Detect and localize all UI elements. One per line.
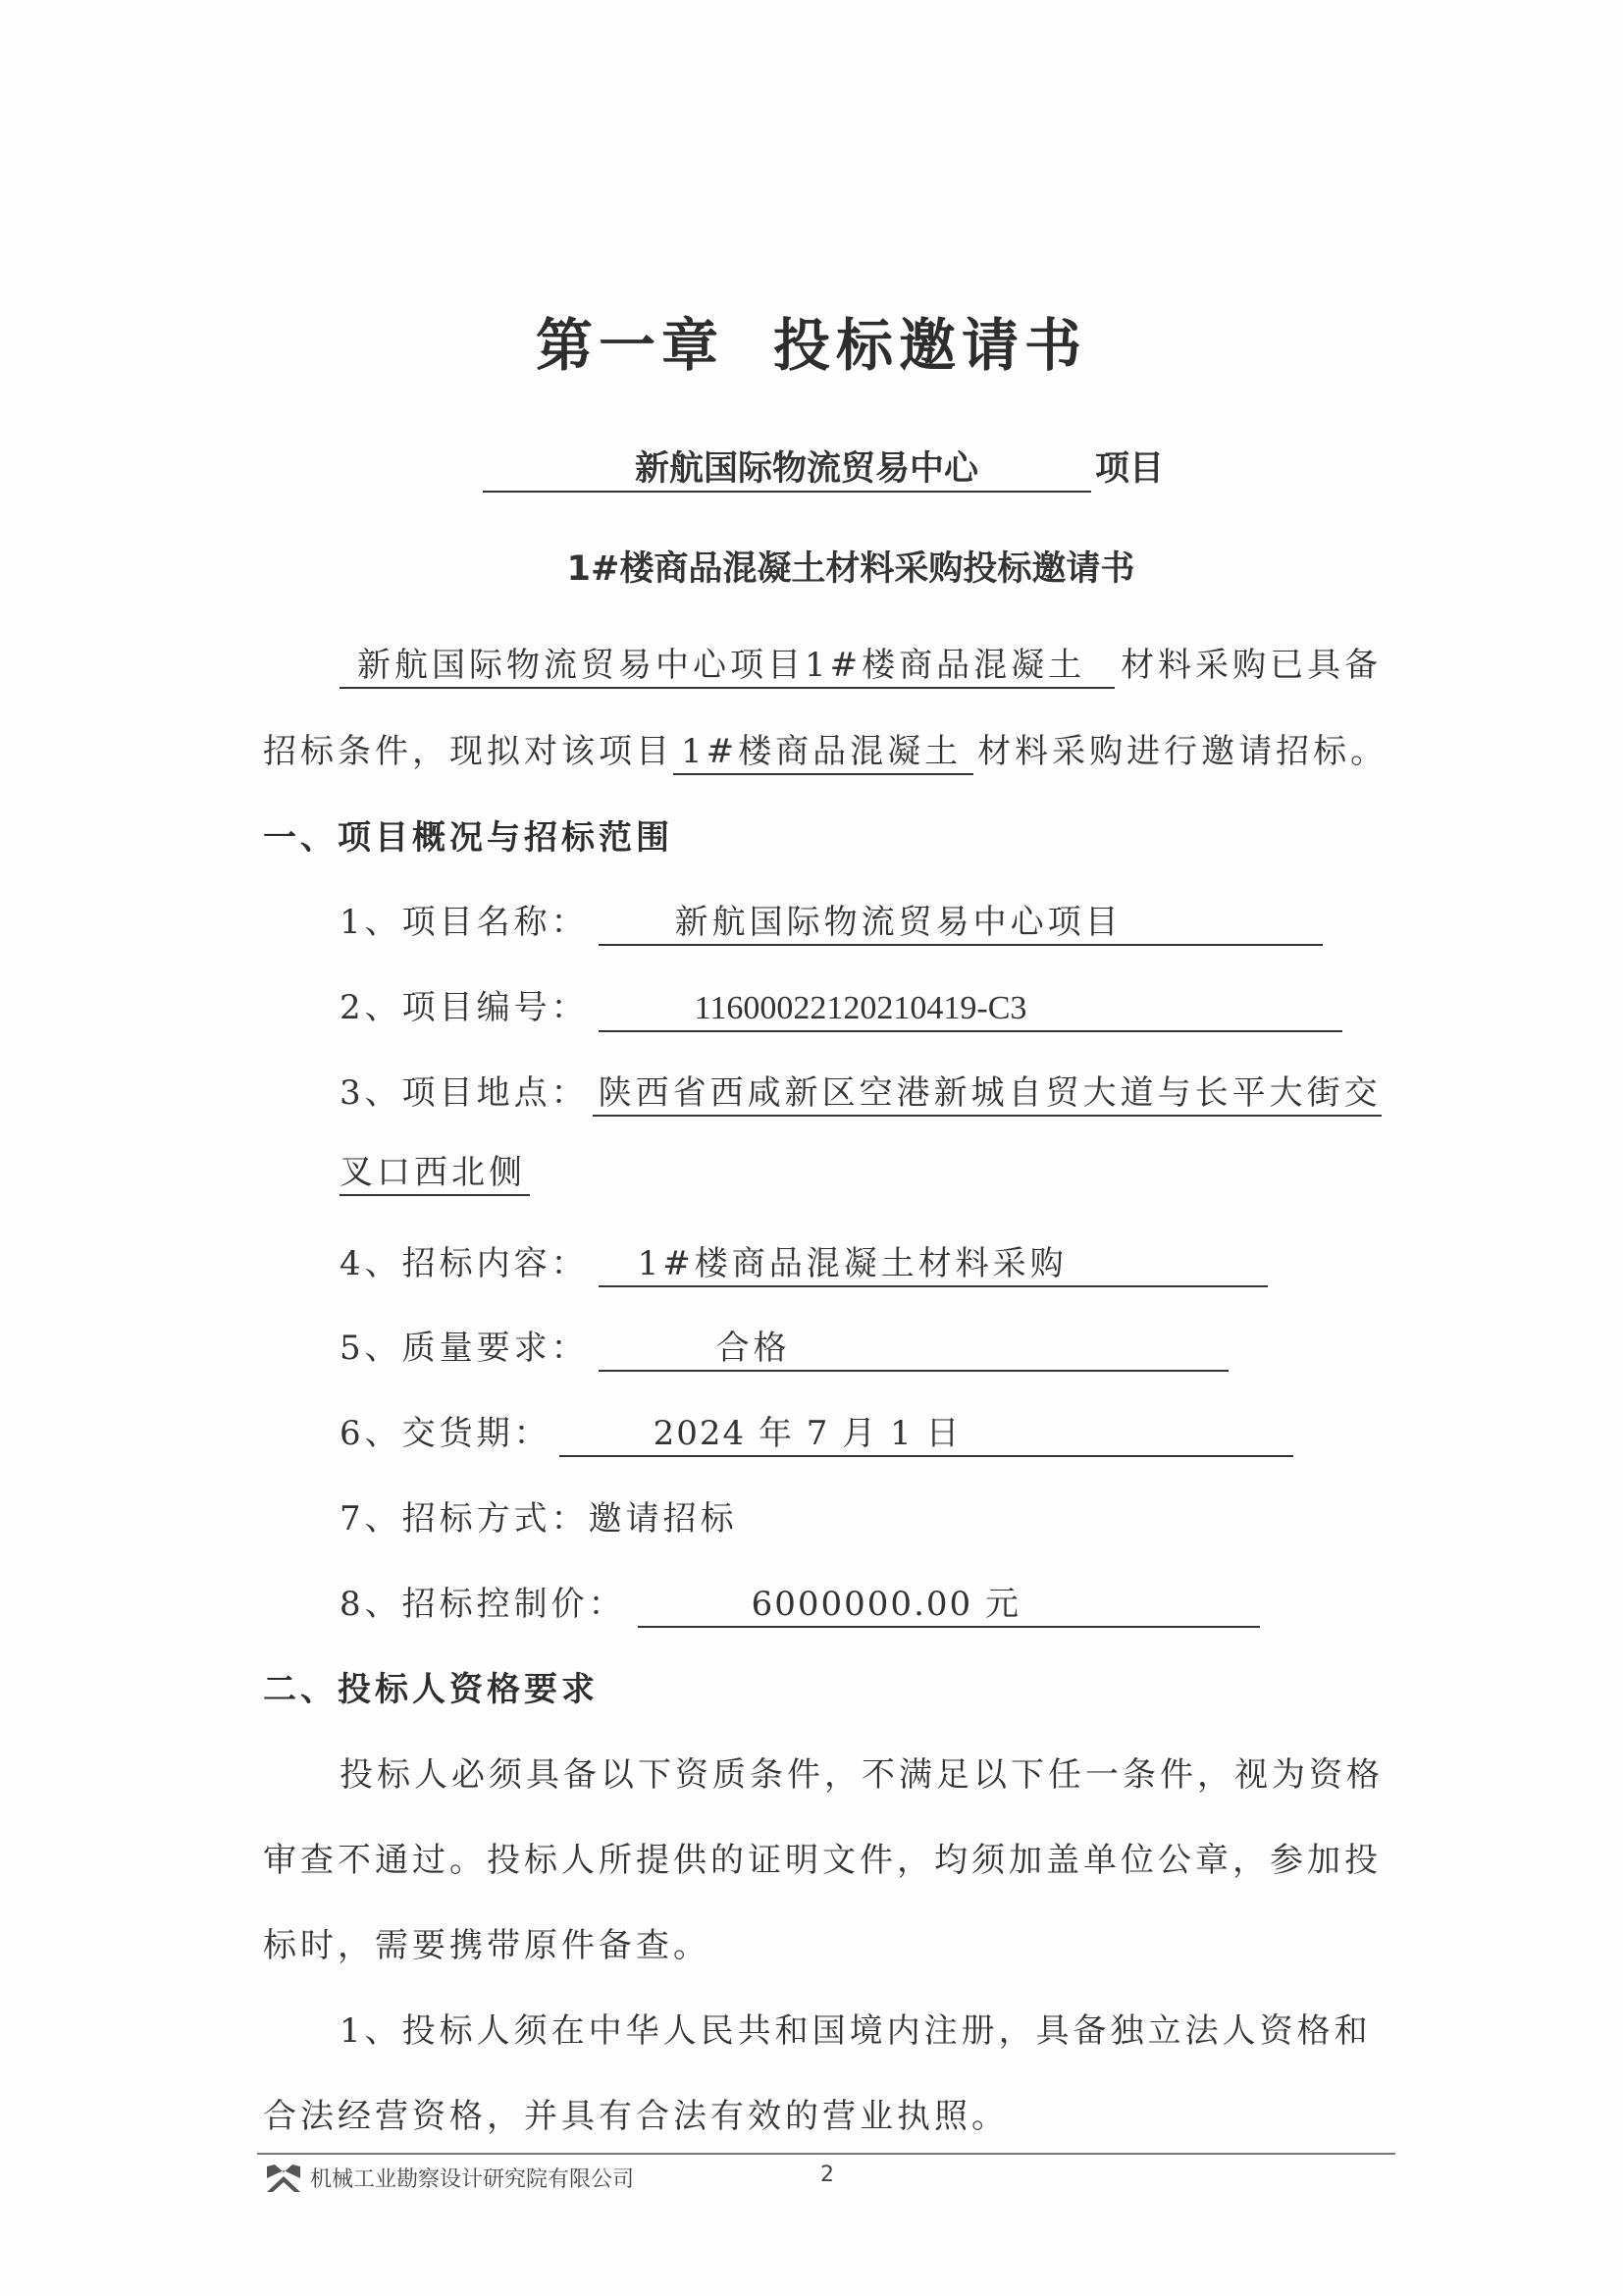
item-value: 6000000.00 元 <box>638 1583 1260 1628</box>
item-value: 邀请招标 <box>589 1499 738 1539</box>
invitation-title: 1#楼商品混凝土材料采购投标邀请书 <box>0 542 1623 591</box>
item-value: 陕西省西咸新区空港新城自贸大道与长平大街交 <box>593 1071 1382 1117</box>
intro-underlined-project: 新航国际物流贸易中心项目1#楼商品混凝土 <box>340 644 1115 689</box>
item-value-cont: 叉口西北侧 <box>340 1151 530 1196</box>
footer-company-name: 机械工业勘察设计研究院有限公司 <box>310 2163 634 2193</box>
page-number: 2 <box>820 2163 834 2187</box>
item-label: 8、招标控制价： <box>340 1577 626 1625</box>
item-project-location: 3、项目地点：陕西省西咸新区空港新城自贸大道与长平大街交 <box>340 1066 1382 1117</box>
intro-line-1: 新航国际物流贸易中心项目1#楼商品混凝土材料采购已具备 <box>340 638 1382 689</box>
item-value: 1#楼商品混凝土材料采购 <box>599 1242 1268 1287</box>
item-value: 11600022120210419-C3 <box>599 987 1342 1032</box>
item-control-price: 8、招标控制价：6000000.00 元 <box>340 1577 1260 1628</box>
intro-line2-rest: 材料采购进行邀请招标。 <box>977 732 1387 771</box>
document-page: 第一章投标邀请书 新航国际物流贸易中心项目 1#楼商品混凝土材料采购投标邀请书 … <box>0 0 1623 2296</box>
item-value: 2024 年 7 月 1 日 <box>559 1412 1293 1457</box>
intro-line2-prefix: 招标条件，现拟对该项目 <box>263 732 673 771</box>
item-label: 4、招标内容： <box>340 1236 589 1284</box>
qualification-para-line-1: 投标人必须具备以下资质条件，不满足以下任一条件，视为资格 <box>340 1748 1384 1796</box>
item-project-code: 2、项目编号：11600022120210419-C3 <box>340 980 1342 1032</box>
item-label: 5、质量要求： <box>340 1321 589 1369</box>
item-value: 新航国际物流贸易中心项目 <box>599 901 1323 946</box>
intro-underlined-scope: 1#楼商品混凝土 <box>673 730 973 775</box>
requirement-1-line-2: 合法经营资格，并具有合法有效的营业执照。 <box>263 2089 1009 2137</box>
item-project-location-cont: 叉口西北侧 <box>340 1151 530 1196</box>
project-name-heading: 新航国际物流贸易中心项目 <box>483 442 1164 493</box>
project-name-blank: 新航国际物流贸易中心 <box>483 447 1091 493</box>
chapter-number: 第一章 <box>536 312 724 379</box>
chapter-name: 投标邀请书 <box>773 312 1087 379</box>
item-label: 1、项目名称： <box>340 895 589 943</box>
item-tender-method: 7、招标方式：邀请招标 <box>340 1491 738 1539</box>
requirement-1-line-1: 1、投标人须在中华人民共和国境内注册，具备独立法人资格和 <box>340 2004 1372 2052</box>
footer-divider <box>257 2153 1395 2155</box>
qualification-para-line-3: 标时，需要携带原件备查。 <box>263 1918 710 1966</box>
item-delivery-date: 6、交货期：2024 年 7 月 1 日 <box>340 1406 1293 1457</box>
item-quality-requirement: 5、质量要求：合格 <box>340 1321 1229 1372</box>
section-2-heading: 二、投标人资格要求 <box>263 1662 599 1710</box>
project-suffix: 项目 <box>1095 449 1164 489</box>
qualification-para-line-2: 审查不通过。投标人所提供的证明文件，均须加盖单位公章，参加投 <box>263 1833 1382 1881</box>
item-project-name: 1、项目名称：新航国际物流贸易中心项目 <box>340 895 1323 946</box>
section-1-heading: 一、项目概况与招标范围 <box>263 810 673 859</box>
item-value: 合格 <box>599 1327 1229 1372</box>
item-label: 3、项目地点： <box>340 1066 589 1114</box>
item-label: 6、交货期： <box>340 1406 551 1454</box>
item-label: 2、项目编号： <box>340 980 589 1028</box>
intro-line-2: 招标条件，现拟对该项目1#楼商品混凝土材料采购进行邀请招标。 <box>263 724 1387 775</box>
mountain-logo-icon <box>267 2165 300 2192</box>
chapter-title: 第一章投标邀请书 <box>0 299 1623 382</box>
item-label: 7、招标方式： <box>340 1491 589 1539</box>
intro-line1-rest: 材料采购已具备 <box>1121 646 1382 685</box>
item-tender-content: 4、招标内容：1#楼商品混凝土材料采购 <box>340 1236 1268 1287</box>
